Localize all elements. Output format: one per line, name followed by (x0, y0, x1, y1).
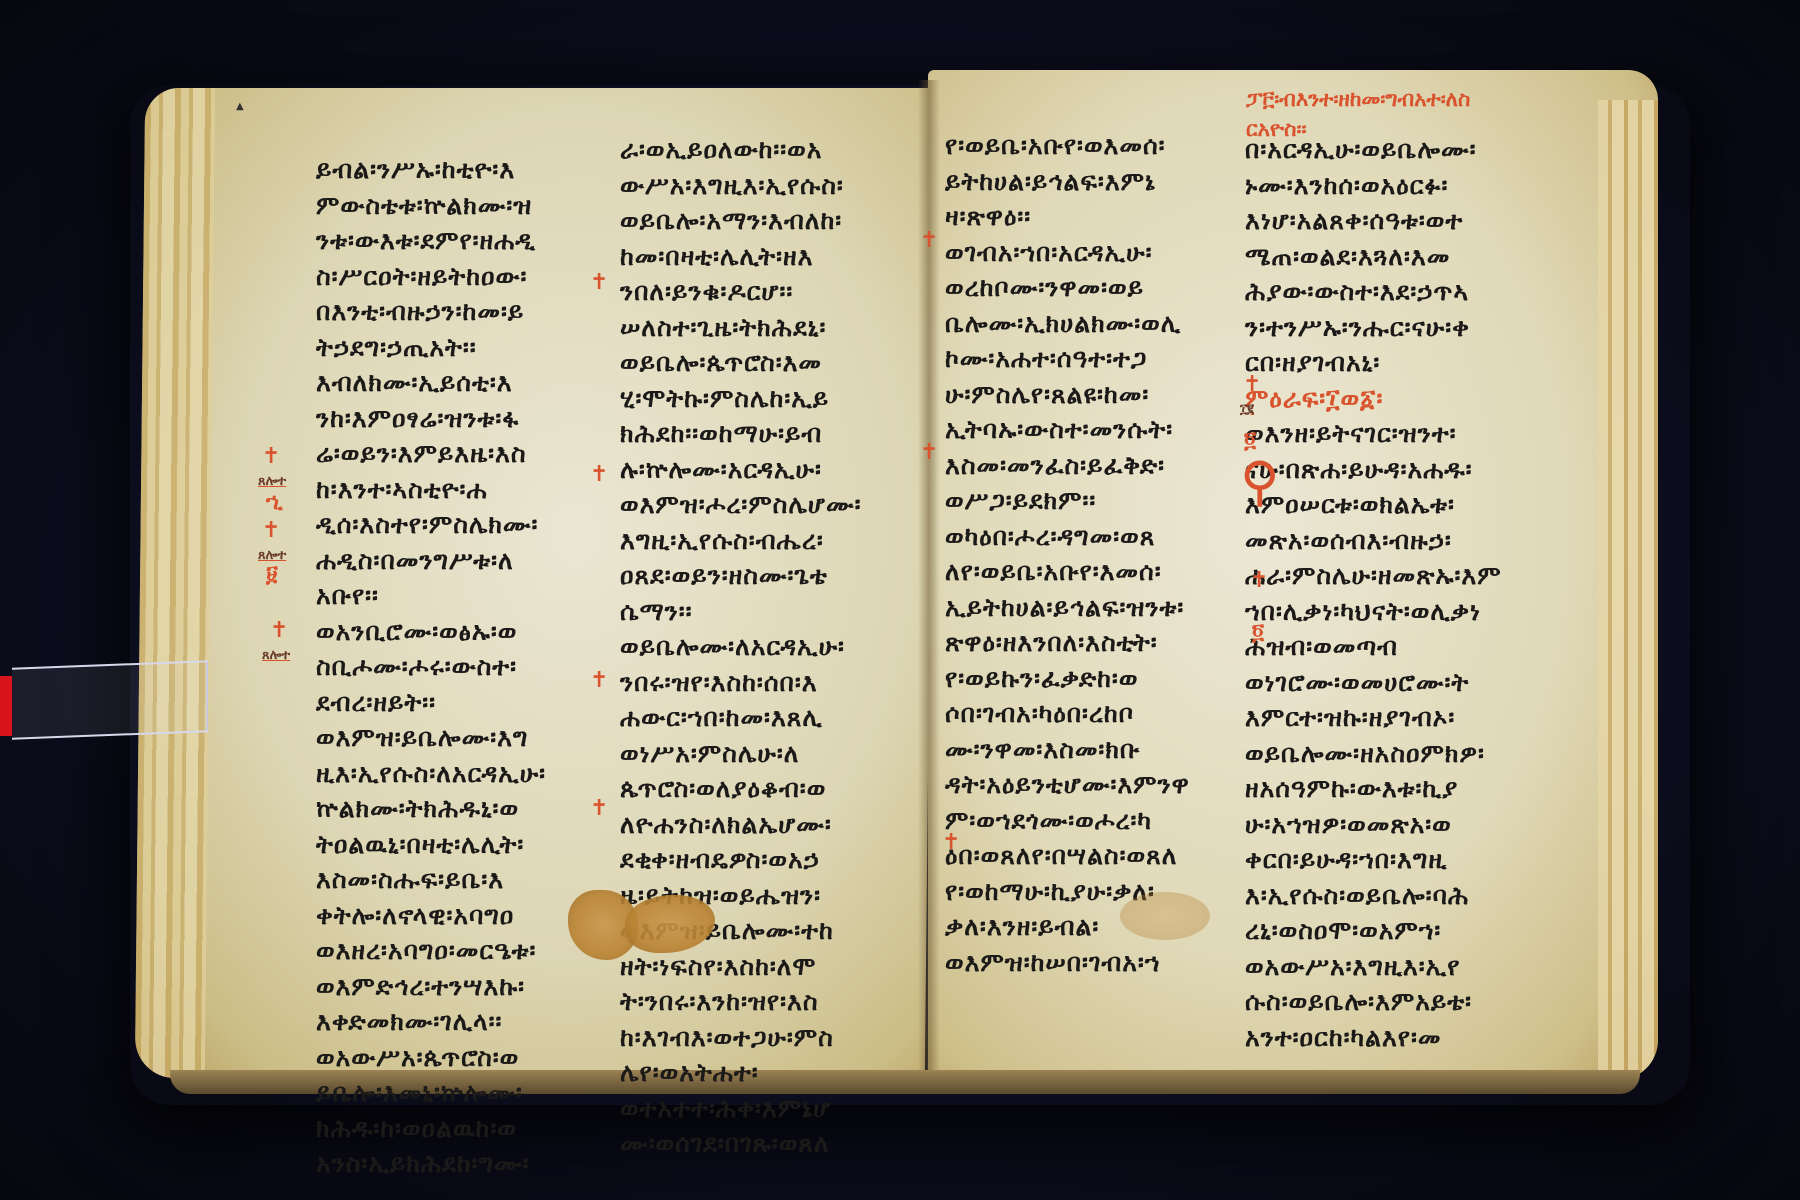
cross-rubric-icon: ✝ (590, 796, 608, 821)
text-line: ትኃደግ፡ኃጢአት፡፡ (316, 330, 546, 366)
text-line: የ፡ወይኩን፡ፈቃድከ፡ወ (945, 661, 1190, 697)
cross-rubric-icon: ✝ (262, 518, 280, 543)
text-line: ስቢሖሙ፡ሖሩ፡ውስተ፡ (316, 649, 546, 685)
text-line: ዕበ፡ወጸለየ፡በሣልስ፡ወጸለ (945, 838, 1190, 874)
heading-line: ፓ፫፡ብእንተ፡ዘከመ፡ግብአተ፡ለስ (1246, 84, 1470, 114)
text-line: ሬ፡ወይን፡እምይእዜ፡እስ (316, 436, 546, 472)
cross-rubric-icon: ✝ (270, 618, 288, 643)
text-line: ደቂቀ፡ዘብዴዎስ፡ወአኃ (620, 842, 861, 878)
text-line: ወእምድኅረ፡ተንሣእኩ፡ (316, 969, 546, 1005)
text-line: ዘት፡ነፍስየ፡እስከ፡ለሞ (620, 949, 861, 985)
text-line: ኢትባኡ፡ውስተ፡መንሱት፡ (945, 412, 1190, 448)
text-line: ንቱ፡ውእቱ፡ደምየ፡ዘሐዲ (316, 223, 546, 259)
text-line: ን፡ተንሥኡ፡ንሑር፡ናሁ፡ቀ (1245, 310, 1502, 346)
text-line: ሴማን፡፡ (620, 594, 861, 630)
text-line: ምውስቴቱ፡ኵልክሙ፡ዝ (316, 188, 546, 224)
text-line: ዲሰ፡እስተየ፡ምስሌክሙ፡ (316, 507, 546, 543)
text-line: ወእዘረ፡አባግዐ፡መርዔቱ፡ (316, 933, 546, 969)
text-line: እስመ፡ስሑፍ፡ይቤ፡እ (316, 862, 546, 898)
margin-note: ጸሎተ (258, 474, 286, 489)
text-line: ጴጥሮስ፡ወለያዕቆብ፡ወ (620, 771, 861, 807)
text-line: ወይቤሎ፡አማን፡እብለከ፡ (620, 203, 861, 239)
text-line: ዛ፡ጽዋዕ፡፡ (945, 199, 1190, 235)
staurogram-icon: ⚲ (1240, 452, 1280, 512)
margin-note: ፲፪ (1240, 402, 1254, 417)
text-column-2: ራ፡ወኢይዐለውከ፡፡ወአውሥአ፡እግዚእ፡ኢየሱስ፡ወይቤሎ፡አማን፡እብለከ… (620, 132, 861, 1162)
text-line: ረኒ፡ወስዐሞ፡ወአምኀ፡ (1245, 913, 1502, 949)
transparent-bookmark-strip (12, 660, 208, 740)
text-line: አንተ፡ዐርከ፡ካልእየ፡መ (1245, 1020, 1502, 1056)
text-line: ወተአተተ፡ሕቀ፡እምኔሆ (620, 1091, 861, 1127)
text-line: ሉ፡ኵሎሙ፡አርዳኢሁ፡ (620, 452, 861, 488)
text-line: ሐራ፡ምስሌሁ፡ዘመጽኡ፡እም (1245, 558, 1502, 594)
text-line: ከ፡እገብእ፡ወተጋሁ፡ምስ (620, 1020, 861, 1056)
text-line: ዳት፡አዕይንቲሆሙ፡እምንዋ (945, 767, 1190, 803)
text-line: አቡየ፡፡ (316, 578, 546, 614)
text-line: የ፡ወይቤ፡አቡየ፡ወእመሰ፡ (945, 128, 1190, 164)
water-stain-faint (1120, 892, 1210, 940)
text-line: ሁ፡አኀዝዎ፡ወመጽአ፡ወ (1245, 807, 1502, 843)
text-line: ሕያው፡ውስተ፡እደ፡ኃጥኣ (1245, 274, 1502, 310)
text-line: ሁ፡ምስሌየ፡ጸልዩ፡ከመ፡ (945, 377, 1190, 413)
text-line: ወነገሮሙ፡ወመሀሮሙ፡ት (1245, 665, 1502, 701)
text-line: እስመ፡መንፈስ፡ይፈቅድ፡ (945, 448, 1190, 484)
text-line: እ፡ኢየሱስ፡ወይቤሎ፡ባሕ (1245, 878, 1502, 914)
margin-numeral: ፬ (1252, 620, 1264, 645)
text-line: ሙ፡ወሰገደ፡በገጹ፡ወጸለ (620, 1126, 861, 1162)
text-line: ራ፡ወኢይዐለውከ፡፡ወአ (620, 132, 861, 168)
text-column-3: የ፡ወይቤ፡አቡየ፡ወእመሰ፡ይትከሀል፡ይኅልፍ፡እምኔዛ፡ጽዋዕ፡፡ወገብአ… (945, 128, 1190, 980)
text-line: ዘአሰዓምኩ፡ውእቱ፡ኪያ (1245, 771, 1502, 807)
text-line: ለዮሐንስ፡ለክልኤሆሙ፡ (620, 807, 861, 843)
text-line: ኢይትከሀል፡ይኅልፍ፡ዝንቱ፡ (945, 590, 1190, 626)
text-line: ቀርበ፡ይሁዳ፡ኀበ፡እግዚ (1245, 842, 1502, 878)
text-line: ንበለ፡ይንቁ፡ዶርሆ፡፡ (620, 274, 861, 310)
text-line: ዐጸደ፡ወይን፡ዘስሙ፡ጌቴ (620, 558, 861, 594)
cross-rubric-icon: ✝ (262, 444, 280, 469)
text-line: ሱስ፡ወይቤሎ፡እምአይቴ፡ (1245, 984, 1502, 1020)
text-line: ም፡ወኀደጎሙ፡ወሖረ፡ካ (945, 803, 1190, 839)
text-line: ይትከሀል፡ይኅልፍ፡እምኔ (945, 164, 1190, 200)
cross-rubric-icon: ✝ (590, 462, 608, 487)
cross-rubric-icon: ✝ (920, 228, 938, 253)
text-line: አንስ፡ኢይክሕደከ፡ግሙ፡ (316, 1146, 546, 1182)
text-line: ወሥጋ፡ይደክም፡፡ (945, 483, 1190, 519)
margin-note: ጸሎተ (262, 648, 290, 663)
text-line: ኀበ፡ሊቃነ፡ካህናት፡ወሊቃነ (1245, 594, 1502, 630)
text-line: ንከ፡እምዐፃሬ፡ዝንቱ፡ፋ (316, 401, 546, 437)
cross-rubric-icon: ✝ (590, 270, 608, 295)
text-column-4: በ፡አርዳኢሁ፡ወይቤሎሙ፡ኑሙ፡እንከሰ፡ወአዕርፉ፡እነሆ፡አልጸቀ፡ሰዓቱ… (1245, 132, 1502, 1055)
text-line: ለየ፡ወይቤ፡አቡየ፡እመሰ፡ (945, 554, 1190, 590)
text-line: ሙ፡ንዋመ፡እስመ፡ክቡ (945, 732, 1190, 768)
text-line: ቤሎሙ፡ኢክሀልክሙ፡ወሊ (945, 306, 1190, 342)
text-line: እቀድመክሙ፡ገሊላ፡፡ (316, 1004, 546, 1040)
text-line: ሜጠ፡ወልደ፡እጓለ፡እመ (1245, 239, 1502, 275)
text-column-1: ይብል፡ንሥኡ፡ከቲዮ፡እምውስቴቱ፡ኵልክሙ፡ዝንቱ፡ውእቱ፡ደምየ፡ዘሐዲስ… (316, 152, 546, 1182)
text-line: እምርተ፡ዝኩ፡ዘያገብኦ፡ (1245, 700, 1502, 736)
text-line: መጽአ፡ወሰብእ፡ብዙኃ፡ (1245, 523, 1502, 559)
text-line: ወረከቦሙ፡ንዋመ፡ወይ (945, 270, 1190, 306)
text-line: ሕዝብ፡ወመጣብ (1245, 629, 1502, 665)
cross-rubric-icon: ✝ (590, 668, 608, 693)
page-corner-mark: ▲ (236, 101, 244, 112)
text-line: ወአውሥአ፡ጴጥሮስ፡ወ (316, 1040, 546, 1076)
text-line: ሐውር፡ኀበ፡ከመ፡እጸሊ (620, 700, 861, 736)
text-line: ክሕደከ፡፡ወከማሁ፡ይብ (620, 416, 861, 452)
text-line: ናሁ፡በጽሐ፡ይሁዳ፡አሐዱ፡ (1245, 452, 1502, 488)
text-line: ት፡ንበሩ፡እንከ፡ዝየ፡እስ (620, 984, 861, 1020)
text-line: ውሥአ፡እግዚእ፡ኢየሱስ፡ (620, 168, 861, 204)
text-line: ቀትሎ፡ለኖላዊ፡አባግዐ (316, 898, 546, 934)
text-line: ይብል፡ንሥኡ፡ከቲዮ፡እ (316, 152, 546, 188)
text-line: ወእምዝ፡ይቤሎሙ፡እግ (316, 720, 546, 756)
text-line: ከመ፡በዛቲ፡ሌሊት፡ዘእ (620, 239, 861, 275)
text-line: ጽዋዕ፡ዘእንበለ፡እስቲት፡ (945, 625, 1190, 661)
text-line: ደብረ፡ዘይት፡፡ (316, 685, 546, 721)
text-line: ወእምዝ፡ከሠበ፡ገብአ፡ኀ (945, 945, 1190, 981)
text-line: ከ፡እንተ፡ኣስቲዮ፡ሐ (316, 472, 546, 508)
red-bookmark-tab (0, 676, 12, 736)
text-line: ክሕዱ፡ከ፡ወዐልዉከ፡ወ (316, 1111, 546, 1147)
text-line: ኵልክሙ፡ትክሕዱኒ፡ወ (316, 791, 546, 827)
text-line: ሌየ፡ወአትሐተ፡ (620, 1055, 861, 1091)
text-line: ወይቤሎሙ፡ለአርዳኢሁ፡ (620, 629, 861, 665)
text-line: በእንቲ፡ብዙኃን፡ከመ፡ይ (316, 294, 546, 330)
text-line: ሠለስተ፡ጊዜ፡ትክሕደኒ፡ (620, 310, 861, 346)
text-line: ኮሙ፡አሐተ፡ሰዓተ፡ተጋ (945, 341, 1190, 377)
text-line: በ፡አርዳኢሁ፡ወይቤሎሙ፡ (1245, 132, 1502, 168)
text-line: ወእንዘ፡ይትናገር፡ዝንተ፡ (1245, 416, 1502, 452)
cross-rubric-icon: ✝ (920, 440, 938, 465)
text-line: ትዐልዉኒ፡በዛቲ፡ሌሊት፡ (316, 827, 546, 863)
cross-rubric-icon: ✝ (1243, 372, 1261, 397)
text-line: ንበሩ፡ዝየ፡እስከ፡ሰበ፡እ (620, 665, 861, 701)
text-line: እምዐሠርቱ፡ወክልኤቱ፡ (1245, 487, 1502, 523)
margin-numeral: ፱ (266, 562, 278, 587)
text-line: እግዚ፡ኢየሱስ፡ብሔረ፡ (620, 523, 861, 559)
text-line: ወነሥአ፡ምስሌሁ፡ለ (620, 736, 861, 772)
text-line: ይቤሎ፡እመኒ፡ኵሎሙ፡ (316, 1075, 546, 1111)
text-line: ወካዕበ፡ሖረ፡ዳግመ፡ወጸ (945, 519, 1190, 555)
text-line: እነሆ፡አልጸቀ፡ሰዓቱ፡ወተ (1245, 203, 1502, 239)
text-line: ስ፡ሥርዐት፡ዘይትከዐው፡ (316, 259, 546, 295)
text-line: እብለክሙ፡ኢይሰቲ፡እ (316, 365, 546, 401)
margin-numeral: ኂ (266, 490, 283, 515)
text-line: ወይቤሎሙ፡ዘአስዐምክዎ፡ (1245, 736, 1502, 772)
text-line: ርበ፡ዘያገብአኒ፡ (1245, 345, 1502, 381)
text-line: ዚእ፡ኢየሱስ፡ለአርዳኢሁ፡ (316, 756, 546, 792)
text-line: ሶበ፡ገብአ፡ካዕበ፡ረከቦ (945, 696, 1190, 732)
cross-rubric-icon: ✝ (942, 830, 960, 855)
text-line: ወእምዝ፡ሖረ፡ምስሌሆሙ፡ (620, 487, 861, 523)
text-line: ወገብአ፡ኀበ፡አርዳኢሁ፡ (945, 235, 1190, 271)
text-line: ምዕራፍ፡፲ወ፩፡ (1245, 381, 1502, 417)
text-line: ሐዲስ፡በመንግሥቱ፡ለ (316, 543, 546, 579)
text-line: ሂ፡ሞትኩ፡ምስሌከ፡ኢይ (620, 381, 861, 417)
cross-rubric-icon: ✝ (1250, 568, 1268, 593)
text-line: ወአንቢሮሙ፡ወፅኡ፡ወ (316, 614, 546, 650)
text-line: ወይቤሎ፡ጴጥሮስ፡እመ (620, 345, 861, 381)
margin-note: ጸሎተ (258, 548, 286, 563)
text-line: ወአውሥአ፡እግዚእ፡ኢየ (1245, 949, 1502, 985)
text-line: ኑሙ፡እንከሰ፡ወአዕርፉ፡ (1245, 168, 1502, 204)
